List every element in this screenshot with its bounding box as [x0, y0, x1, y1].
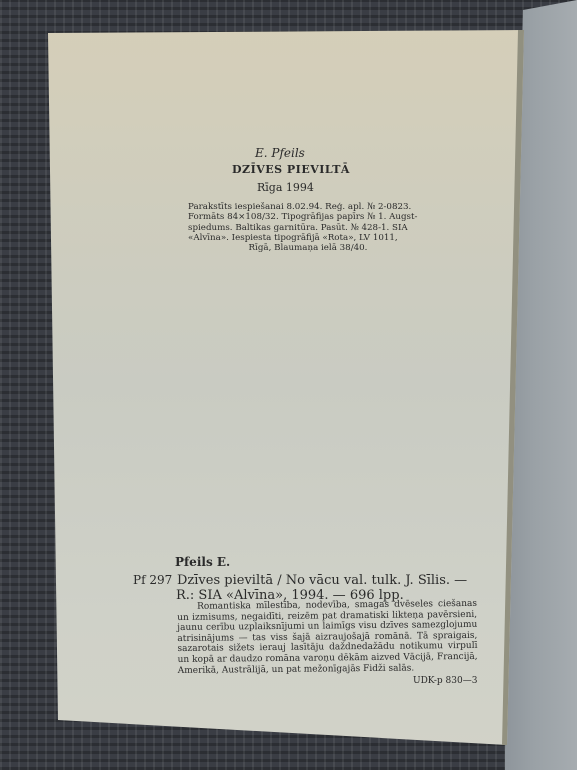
imprint-line: Parakstīts iespiešanai 8.02.94. Reģ. apl…	[188, 202, 411, 212]
udk-code: UDK-p 830—3	[413, 676, 477, 686]
catalog-description-line: Dzīves pieviltā / No vācu val. tulk. J. …	[177, 573, 467, 588]
catalog-code: Pf 297	[133, 573, 172, 587]
imprint-line: «Alvīna». Iespiesta tipogrāfijā «Rota», …	[188, 233, 398, 243]
imprint-line: Formāts 84×108/32. Tipogrāfijas papīrs №…	[188, 212, 417, 222]
author-name: E. Pfeils	[255, 146, 305, 160]
catalog-heading: Pfeils E.	[175, 555, 230, 569]
annotation-text: Romantiska mīlestība, nodevība, smagas d…	[177, 599, 478, 676]
imprint-line: spiedums. Baltikas garnitūra. Pasūt. № 4…	[188, 223, 408, 233]
place-year: Rīga 1994	[257, 181, 314, 194]
book-page: E. Pfeils DZĪVES PIEVILTĀ Rīga 1994 Para…	[0, 0, 577, 770]
book-title: DZĪVES PIEVILTĀ	[232, 163, 350, 176]
imprint-line: Rīgā, Blaumaņa ielā 38/40.	[188, 243, 428, 253]
catalog-annotation: Romantiska mīlestība, nodevība, smagas d…	[177, 599, 478, 676]
imprint-block: Parakstīts iespiešanai 8.02.94. Reģ. apl…	[188, 202, 428, 253]
